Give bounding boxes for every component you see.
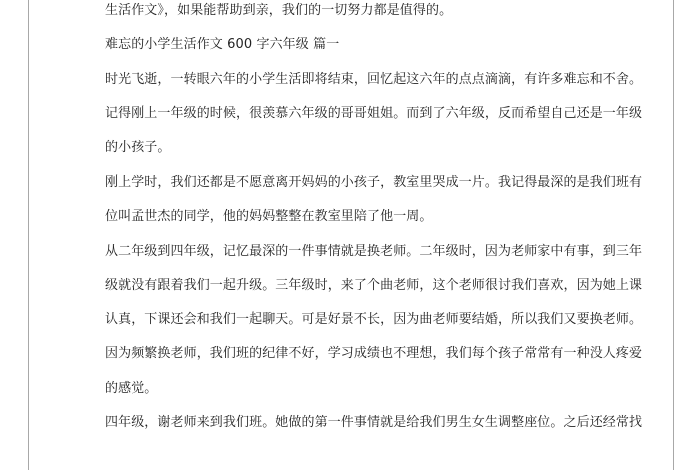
paragraph-line: 时光飞逝，一转眼六年的小学生活即将结束，回忆起这六年的点点滴滴，有许多难忘和不舍… — [105, 72, 642, 88]
paragraph-line: 的感觉。 — [105, 381, 157, 397]
text-line-closing: 生活作文》，如果能帮助到亲，我们的一切努力都是值得的。 — [105, 3, 452, 19]
paragraph-line: 记得刚上一年级的时候，很羡慕六年级的哥哥姐姐。而到了六年级，反而希望自己还是一年… — [105, 106, 642, 122]
paragraph-line: 位叫孟世杰的同学，他的妈妈整整在教室里陪了他一周。 — [105, 209, 433, 225]
document-page: 生活作文》，如果能帮助到亲，我们的一切努力都是值得的。 难忘的小学生活作文 60… — [28, 0, 674, 470]
paragraph-line: 刚上学时，我们还都是不愿意离开妈妈的小孩子，教室里哭成一片。我记得最深的是我们班… — [105, 175, 642, 191]
paragraph-line: 从二年级到四年级，记忆最深的一件事情就是换老师。二年级时，因为老师家中有事，到三… — [105, 244, 642, 260]
section-heading: 难忘的小学生活作文 600 字六年级 篇一 — [105, 37, 339, 53]
paragraph-line: 的小孩子。 — [105, 140, 171, 156]
paragraph-line: 四年级，谢老师来到我们班。她做的第一件事情就是给我们男生女生调整座位。之后还经常… — [105, 415, 642, 431]
paragraph-line: 认真，下课还会和我们一起聊天。可是好景不长，因为曲老师要结婚，所以我们又要换老师… — [105, 312, 642, 328]
paragraph-line: 级就没有跟着我们一起升级。三年级时，来了个曲老师，这个老师很讨我们喜欢，因为她上… — [105, 278, 642, 294]
paragraph-line: 因为频繁换老师，我们班的纪律不好，学习成绩也不理想，我们每个孩子常常有一种没人疼… — [105, 346, 642, 362]
